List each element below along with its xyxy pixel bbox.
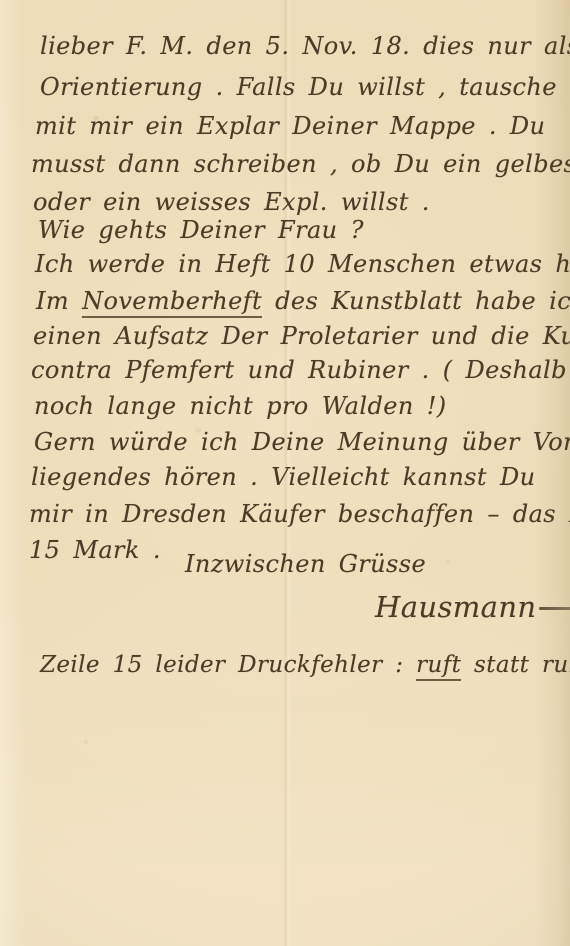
letter-line-text: contra Pfemfert und Rubiner . ( Deshalb … xyxy=(31,356,570,384)
letter-line: Orientierung . Falls Du willst , tausche xyxy=(40,73,557,101)
letter-line-text: Ich werde in Heft 10 Menschen etwas habe… xyxy=(35,250,570,278)
signature-text: Hausmann xyxy=(375,590,536,624)
letter-line-text: des Kunstblatt habe ich xyxy=(262,287,570,315)
letter-line-text: oder ein weisses Expl. willst . xyxy=(33,188,430,216)
underlined-word: Novemberheft xyxy=(82,287,262,318)
signature-flourish-line xyxy=(539,607,570,610)
underlined-word: ruft xyxy=(416,652,461,681)
letter-line-text: musst dann schreiben , ob Du ein gelbes xyxy=(31,150,570,178)
letter-line: Im Novemberheft des Kunstblatt habe ich xyxy=(36,287,570,315)
letter-line: contra Pfemfert und Rubiner . ( Deshalb … xyxy=(31,356,570,384)
signature-line: Hausmann xyxy=(375,590,570,624)
letter-line-text: 15 Mark . xyxy=(29,536,161,564)
letter-line-text: mir in Dresden Käufer beschaffen – das E… xyxy=(29,500,570,528)
letter-line-text: Im xyxy=(36,287,82,315)
letter-line-text: liegendes hören . Vielleicht kannst Du xyxy=(31,463,535,491)
letter-line: lieber F. M. den 5. Nov. 18. dies nur al… xyxy=(40,32,570,60)
postscript-text: statt ruht . xyxy=(461,652,570,678)
letter-line: liegendes hören . Vielleicht kannst Du xyxy=(31,463,535,491)
letter-line: noch lange nicht pro Walden !) xyxy=(34,392,447,420)
letter-line: Wie gehts Deiner Frau ? xyxy=(38,216,364,244)
letter-line-text: Wie gehts Deiner Frau ? xyxy=(38,216,364,244)
letter-line: einen Aufsatz Der Proletarier und die Ku… xyxy=(33,322,570,350)
letter-line-text: Gern würde ich Deine Meinung über Vor xyxy=(34,428,570,456)
letter-line: musst dann schreiben , ob Du ein gelbes xyxy=(31,150,570,178)
letter-line-text: mit mir ein Explar Deiner Mappe . Du xyxy=(35,112,545,140)
letter-line: mit mir ein Explar Deiner Mappe . Du xyxy=(35,112,545,140)
letter-line-text: Orientierung . Falls Du willst , tausche xyxy=(40,73,557,101)
letter-line-text: einen Aufsatz Der Proletarier und die Ku… xyxy=(33,322,570,350)
letter-line-text: lieber F. M. den 5. Nov. 18. dies nur al… xyxy=(40,32,570,60)
postscript-text: Zeile 15 leider Druckfehler : xyxy=(40,652,416,678)
letter-paper: lieber F. M. den 5. Nov. 18. dies nur al… xyxy=(0,0,570,946)
letter-line-text: noch lange nicht pro Walden !) xyxy=(34,392,447,420)
closing-line: Inzwischen Grüsse xyxy=(185,550,426,578)
postscript-line: Zeile 15 leider Druckfehler : ruft statt… xyxy=(40,652,570,678)
letter-line: mir in Dresden Käufer beschaffen – das E… xyxy=(29,500,570,528)
closing-text: Inzwischen Grüsse xyxy=(185,550,426,578)
letter-line: Ich werde in Heft 10 Menschen etwas habe… xyxy=(35,250,570,278)
letter-line: 15 Mark . xyxy=(29,536,161,564)
letter-line: oder ein weisses Expl. willst . xyxy=(33,188,430,216)
letter-line: Gern würde ich Deine Meinung über Vors xyxy=(34,428,570,461)
